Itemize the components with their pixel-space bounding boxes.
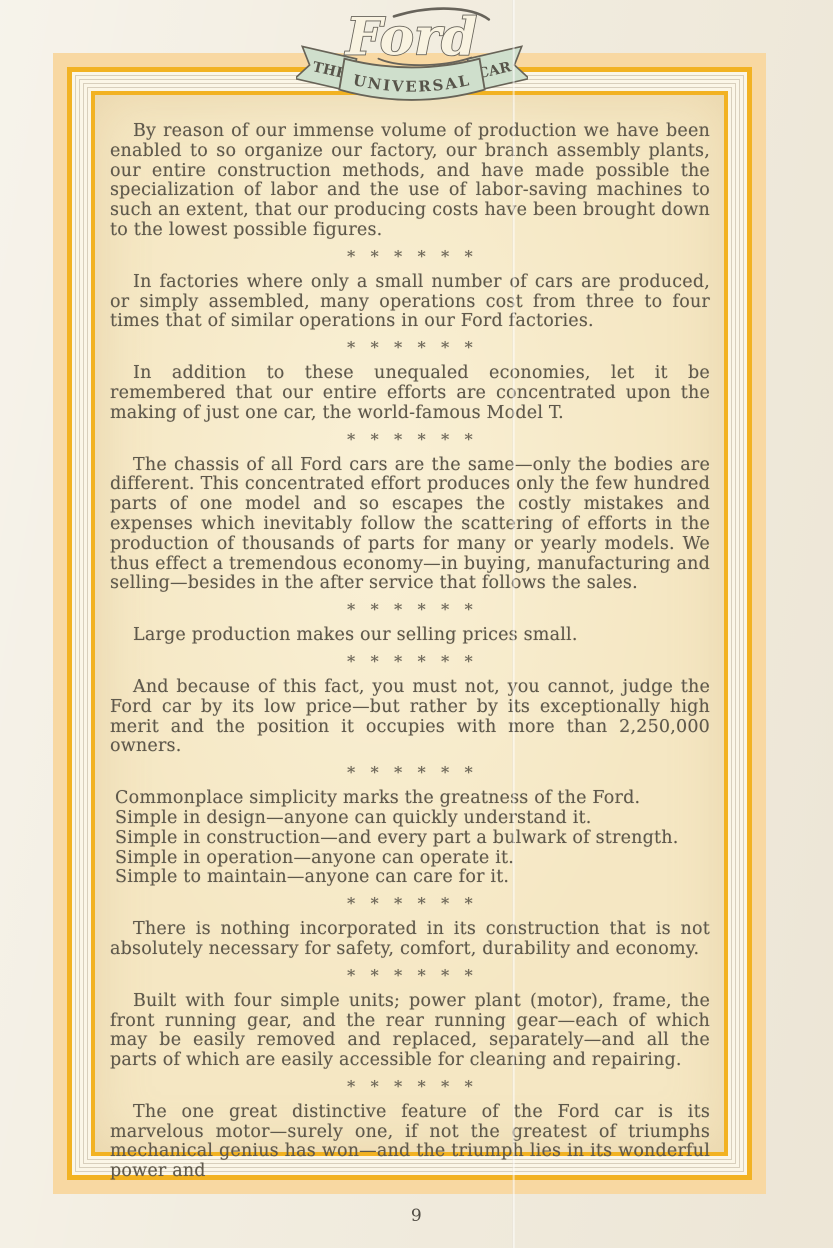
- paragraph-nothing-unnecessary: There is nothing incorporated in its con…: [110, 920, 710, 960]
- body-text-column: By reason of our immense volume of produ…: [110, 95, 710, 1152]
- asterisk-separator: * * * * * *: [110, 250, 710, 264]
- paragraph-large-production: Large production makes our selling price…: [110, 626, 710, 646]
- ford-logo: THE CAR UNIVERSAL Ford: [296, 4, 528, 102]
- paragraph-four-units: Built with four simple units; power plan…: [110, 992, 710, 1071]
- paragraph-chassis: The chassis of all Ford cars are the sam…: [110, 456, 710, 595]
- asterisk-separator: * * * * * *: [110, 766, 710, 780]
- asterisk-separator: * * * * * *: [110, 341, 710, 355]
- paragraph-factory-comparison: In factories where only a small number o…: [110, 273, 710, 332]
- simplicity-list: Commonplace simplicity marks the greatne…: [110, 789, 710, 888]
- paragraph-production-volume: By reason of our immense volume of produ…: [110, 122, 710, 241]
- list-line-construction: Simple in construction—and every part a …: [110, 829, 710, 849]
- asterisk-separator: * * * * * *: [110, 969, 710, 983]
- list-line-maintain: Simple to maintain—anyone can care for i…: [110, 868, 710, 888]
- asterisk-separator: * * * * * *: [110, 433, 710, 447]
- ford-script-text: Ford: [344, 8, 477, 68]
- page-number: 9: [0, 1206, 833, 1226]
- list-line-design: Simple in design—anyone can quickly unde…: [110, 809, 710, 829]
- paragraph-model-t: In addition to these unequaled economies…: [110, 364, 710, 423]
- asterisk-separator: * * * * * *: [110, 655, 710, 669]
- ford-script: Ford: [344, 8, 489, 68]
- paragraph-marvelous-motor: The one great distinctive feature of the…: [110, 1103, 710, 1182]
- paragraph-owners: And because of this fact, you must not, …: [110, 678, 710, 757]
- list-line-operation: Simple in operation—anyone can operate i…: [110, 849, 710, 869]
- asterisk-separator: * * * * * *: [110, 603, 710, 617]
- page-frame: By reason of our immense volume of produ…: [95, 95, 724, 1152]
- list-line-commonplace: Commonplace simplicity marks the greatne…: [110, 789, 710, 809]
- asterisk-separator: * * * * * *: [110, 897, 710, 911]
- asterisk-separator: * * * * * *: [110, 1080, 710, 1094]
- scanned-booklet-page: By reason of our immense volume of produ…: [0, 0, 833, 1248]
